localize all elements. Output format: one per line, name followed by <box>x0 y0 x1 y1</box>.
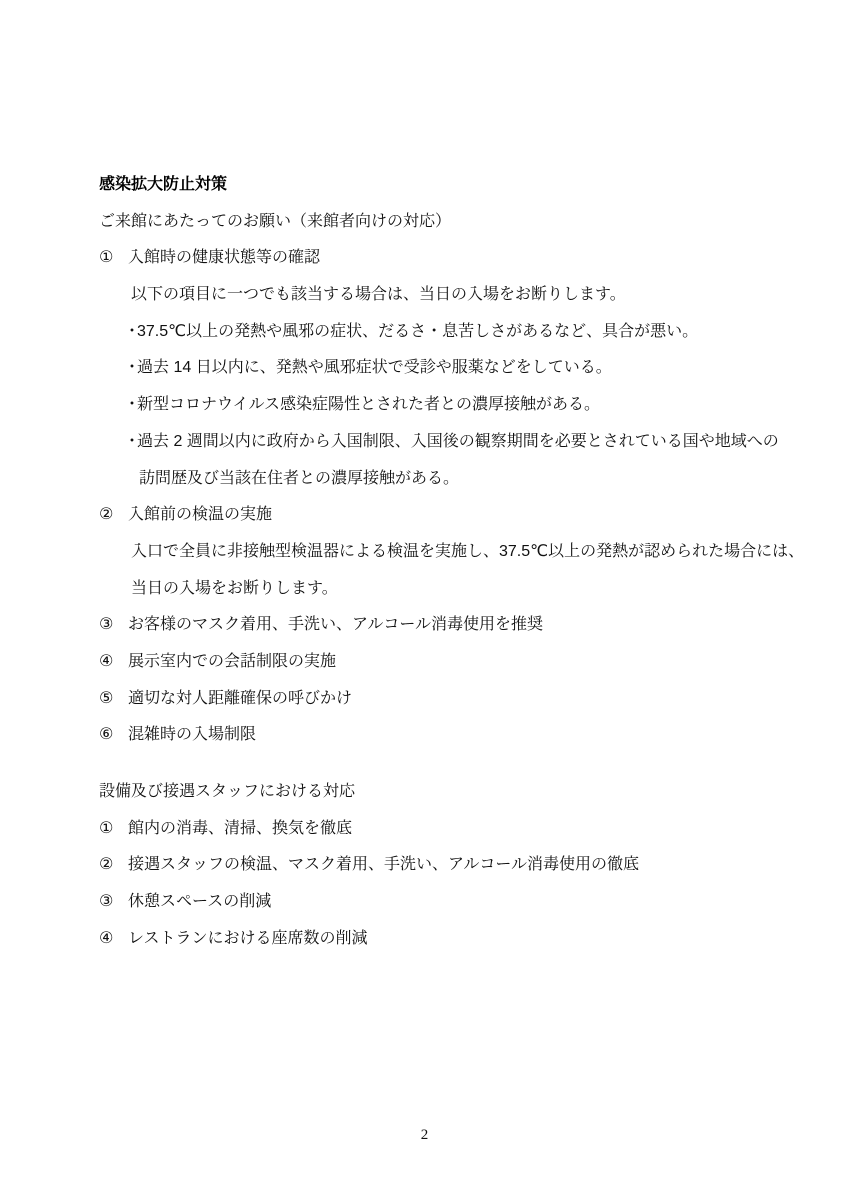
list-item-1: ①入館時の健康状態等の確認 <box>99 240 849 277</box>
item-2-body-line2: 当日の入場をお断りします。 <box>131 571 849 608</box>
list-item-4: ④展示室内での会話制限の実施 <box>99 644 849 681</box>
staff-list-item-4-number: ④ <box>99 921 128 958</box>
section2-heading: 設備及び接遇スタッフにおける対応 <box>99 774 849 811</box>
bullet-marker: ・ <box>124 424 137 461</box>
bullet-marker: ・ <box>124 350 137 387</box>
document-page: 感染拡大防止対策 ご来館にあたってのお願い（来館者向けの対応） ①入館時の健康状… <box>0 0 849 1200</box>
list-item-2-label: 入館前の検温の実施 <box>128 506 272 523</box>
list-item-3: ③お客様のマスク着用、手洗い、アルコール消毒使用を推奨 <box>99 607 849 644</box>
list-item-4-number: ④ <box>99 644 128 681</box>
bullet-item-1-text: 37.5℃以上の発熱や風邪の症状、だるさ・息苦しさがあるなど、具合が悪い。 <box>137 323 698 340</box>
bullet-item-2-text: 過去 14 日以内に、発熱や風邪症状で受診や服薬などをしている。 <box>137 359 612 376</box>
bullet-item-4: ・過去 2 週間以内に政府から入国制限、入国後の観察期間を必要とされている国や地… <box>124 424 849 461</box>
list-item-5-number: ⑤ <box>99 681 128 718</box>
staff-list-item-1-label: 館内の消毒、清掃、換気を徹底 <box>128 820 352 837</box>
bullet-item-3-text: 新型コロナウイルス感染症陽性とされた者との濃厚接触がある。 <box>137 396 600 413</box>
list-item-6-label: 混雑時の入場制限 <box>128 726 256 743</box>
staff-list-item-3: ③休憩スペースの削減 <box>99 884 849 921</box>
bullet-marker: ・ <box>124 387 137 424</box>
staff-list-item-4-label: レストランにおける座席数の削減 <box>128 930 368 947</box>
bullet-item-4-text-line2: 訪問歴及び当該在住者との濃厚接触がある。 <box>139 461 849 498</box>
page-number: 2 <box>0 1127 849 1144</box>
item-1-lead-text: 以下の項目に一つでも該当する場合は、当日の入場をお断りします。 <box>131 277 849 314</box>
list-item-5: ⑤適切な対人距離確保の呼びかけ <box>99 681 849 718</box>
section-divider-space <box>0 754 849 774</box>
list-item-2: ②入館前の検温の実施 <box>99 497 849 534</box>
list-item-3-number: ③ <box>99 607 128 644</box>
bullet-item-4-text-line1: 過去 2 週間以内に政府から入国制限、入国後の観察期間を必要とされている国や地域… <box>137 433 779 450</box>
staff-list-item-1: ①館内の消毒、清掃、換気を徹底 <box>99 811 849 848</box>
staff-list-item-2-number: ② <box>99 847 128 884</box>
bullet-item-2: ・過去 14 日以内に、発熱や風邪症状で受診や服薬などをしている。 <box>124 350 849 387</box>
staff-list-item-2-label: 接遇スタッフの検温、マスク着用、手洗い、アルコール消毒使用の徹底 <box>128 856 639 873</box>
list-item-1-label: 入館時の健康状態等の確認 <box>128 249 320 266</box>
document-title: 感染拡大防止対策 <box>99 167 849 204</box>
bullet-item-1: ・37.5℃以上の発熱や風邪の症状、だるさ・息苦しさがあるなど、具合が悪い。 <box>124 314 849 351</box>
bullet-item-3: ・新型コロナウイルス感染症陽性とされた者との濃厚接触がある。 <box>124 387 849 424</box>
item-2-body-line1: 入口で全員に非接触型検温器による検温を実施し、37.5℃以上の発熱が認められた場… <box>131 534 849 571</box>
bullet-marker: ・ <box>124 314 137 351</box>
list-item-6-number: ⑥ <box>99 717 128 754</box>
staff-list-item-3-label: 休憩スペースの削減 <box>128 893 271 910</box>
list-item-1-number: ① <box>99 240 128 277</box>
list-item-4-label: 展示室内での会話制限の実施 <box>128 653 336 670</box>
list-item-5-label: 適切な対人距離確保の呼びかけ <box>128 690 352 707</box>
staff-list-item-4: ④レストランにおける座席数の削減 <box>99 921 849 958</box>
list-item-2-number: ② <box>99 497 128 534</box>
staff-list-item-3-number: ③ <box>99 884 128 921</box>
section1-heading: ご来館にあたってのお願い（来館者向けの対応） <box>99 204 849 241</box>
document-body: 感染拡大防止対策 ご来館にあたってのお願い（来館者向けの対応） ①入館時の健康状… <box>0 167 849 957</box>
list-item-6: ⑥混雑時の入場制限 <box>99 717 849 754</box>
staff-list-item-2: ②接遇スタッフの検温、マスク着用、手洗い、アルコール消毒使用の徹底 <box>99 847 849 884</box>
list-item-3-label: お客様のマスク着用、手洗い、アルコール消毒使用を推奨 <box>128 616 543 633</box>
staff-list-item-1-number: ① <box>99 811 128 848</box>
